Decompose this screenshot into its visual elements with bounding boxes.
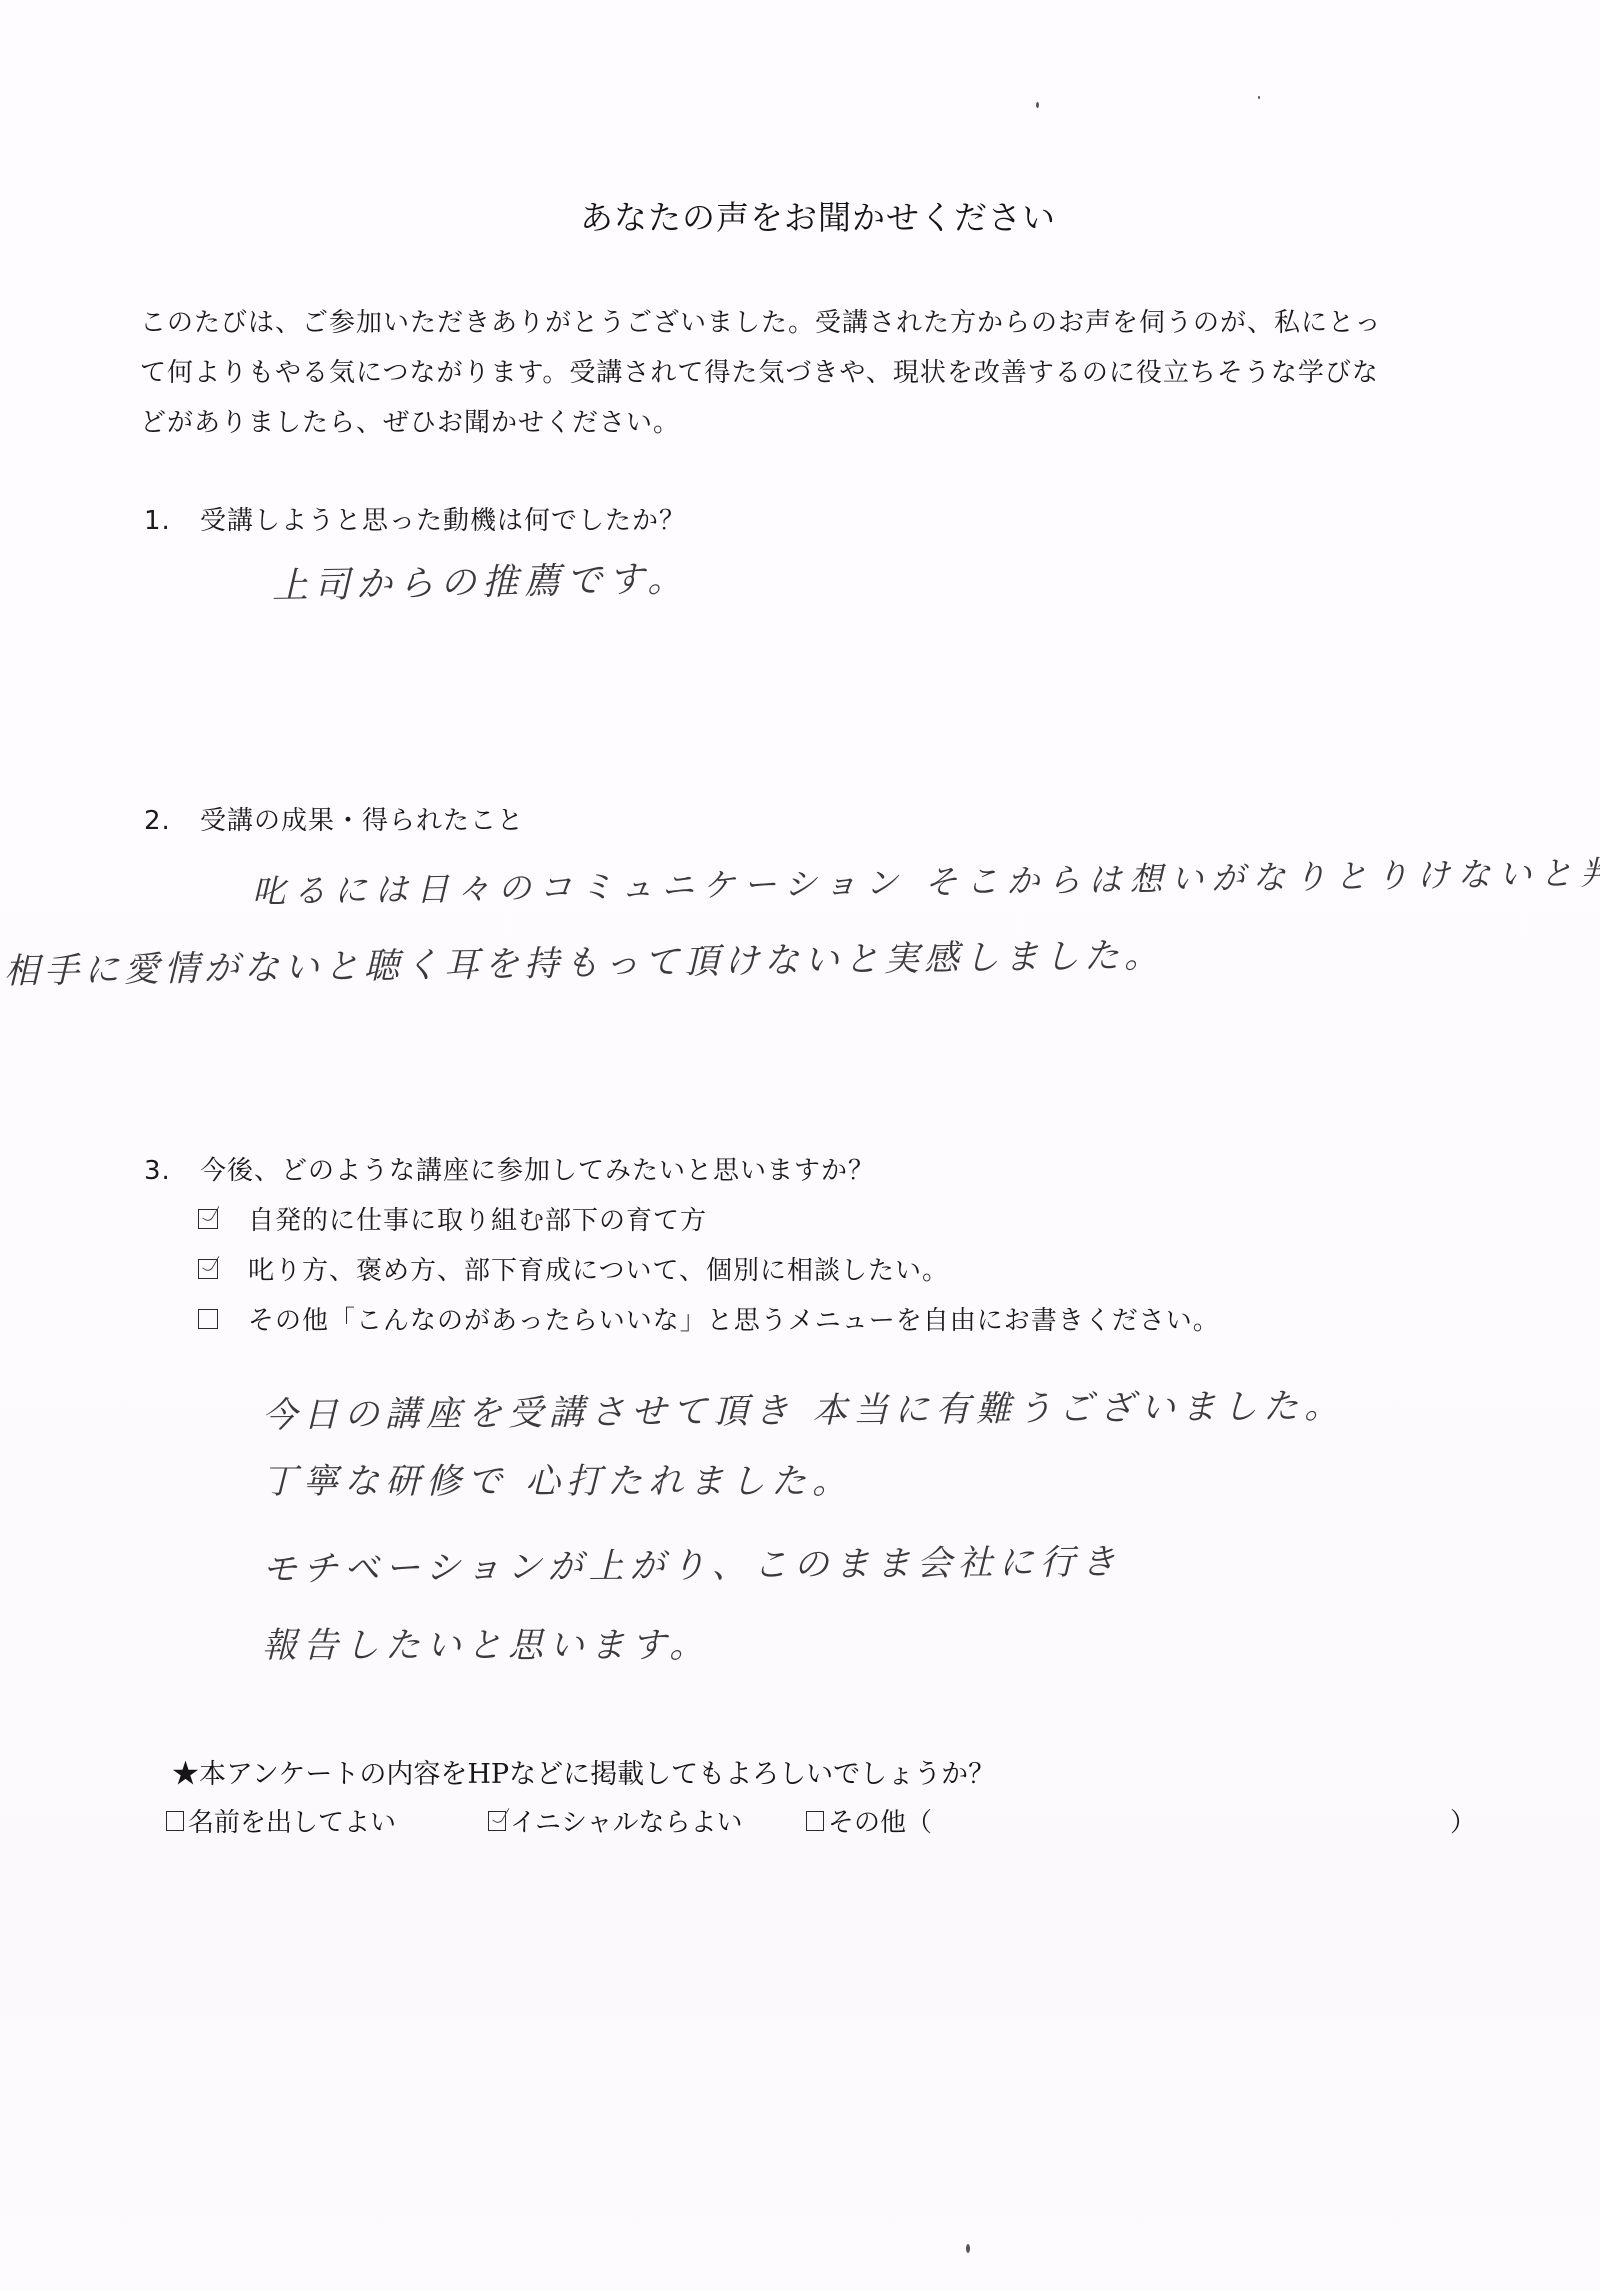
question-number: 1.	[144, 506, 200, 536]
handwritten-answer-3-line-2: 丁寧な研修で 心打たれました。	[262, 1454, 853, 1504]
consent-option-label: イニシャルならよい	[510, 1802, 742, 1839]
option-other-menu[interactable]: その他「こんなのがあったらいいな」と思うメニューを自由にお書きください。	[198, 1300, 1220, 1337]
option-individual-consultation[interactable]: 叱り方、褒め方、部下育成について、個別に相談したい。	[198, 1250, 949, 1287]
handwritten-answer-3-line-3: モチベーションが上がり、このまま会社に行き	[262, 1534, 1122, 1591]
question-3: 3.今後、どのような講座に参加してみたいと思いますか？	[144, 1150, 875, 1187]
question-1: 1.受講しようと思った動機は何でしたか？	[144, 500, 686, 537]
question-number: 3.	[144, 1156, 200, 1186]
consent-question: ★本アンケートの内容をHPなどに掲載してもよろしいでしょうか？	[172, 1752, 995, 1791]
checkbox-checked-icon[interactable]	[198, 1209, 218, 1229]
scan-speck	[966, 2244, 970, 2253]
handwritten-answer-2-line-2: 相手に愛情がないと聴く耳を持もって頂けないと実感しました。	[4, 928, 1165, 994]
option-label: 叱り方、褒め方、部下育成について、個別に相談したい。	[248, 1250, 949, 1287]
intro-line: このたびは、ご参加いただきありがとうございました。受講された方からのお声を伺うの…	[140, 298, 1500, 348]
checkbox-empty-icon[interactable]	[806, 1811, 824, 1831]
scanned-questionnaire-page: あなたの声をお聞かせください このたびは、ご参加いただきありがとうございました。…	[0, 0, 1600, 2291]
scan-speck	[1258, 96, 1260, 99]
consent-option-label: その他（	[828, 1802, 932, 1839]
page-title: あなたの声をお聞かせください	[0, 192, 1600, 239]
question-text: 受講の成果・得られたこと	[200, 806, 524, 836]
handwritten-answer-2-line-1: 叱るには日々のコミュニケーション そこからは想いがなりとりけないと判った。	[252, 845, 1600, 913]
consent-other-close-paren: ）	[1450, 1802, 1476, 1839]
intro-paragraph: このたびは、ご参加いただきありがとうございました。受講された方からのお声を伺うの…	[140, 298, 1500, 448]
consent-option-label: 名前を出してよい	[188, 1802, 396, 1839]
checkbox-checked-icon[interactable]	[488, 1811, 506, 1831]
question-2: 2.受講の成果・得られたこと	[144, 800, 524, 837]
checkbox-empty-icon[interactable]	[198, 1309, 218, 1329]
checkbox-checked-icon[interactable]	[198, 1259, 218, 1279]
question-number: 2.	[144, 806, 200, 836]
intro-line: て何よりもやる気につながります。受講されて得た気づきや、現状を改善するのに役立ち…	[140, 348, 1500, 398]
consent-option-other[interactable]: その他（	[806, 1802, 932, 1839]
handwritten-answer-3-line-1: 今日の講座を受講させて頂き 本当に有難うございました。	[262, 1379, 1346, 1438]
scan-speck	[1036, 102, 1039, 108]
intro-line: どがありましたら、ぜひお聞かせください。	[140, 398, 1500, 448]
option-self-motivated-subordinates[interactable]: 自発的に仕事に取り組む部下の育て方	[198, 1200, 707, 1237]
consent-option-name-ok[interactable]: 名前を出してよい	[166, 1802, 396, 1839]
handwritten-answer-1: 上司からの推薦です。	[272, 551, 690, 609]
option-label: 自発的に仕事に取り組む部下の育て方	[248, 1200, 707, 1237]
question-text: 今後、どのような講座に参加してみたいと思いますか？	[200, 1156, 875, 1186]
checkbox-empty-icon[interactable]	[166, 1811, 184, 1831]
consent-option-initials-ok[interactable]: イニシャルならよい	[488, 1802, 742, 1839]
question-text: 受講しようと思った動機は何でしたか？	[200, 506, 686, 536]
handwritten-answer-3-line-4: 報告したいと思います。	[262, 1618, 710, 1668]
option-label: その他「こんなのがあったらいいな」と思うメニューを自由にお書きください。	[248, 1300, 1220, 1337]
